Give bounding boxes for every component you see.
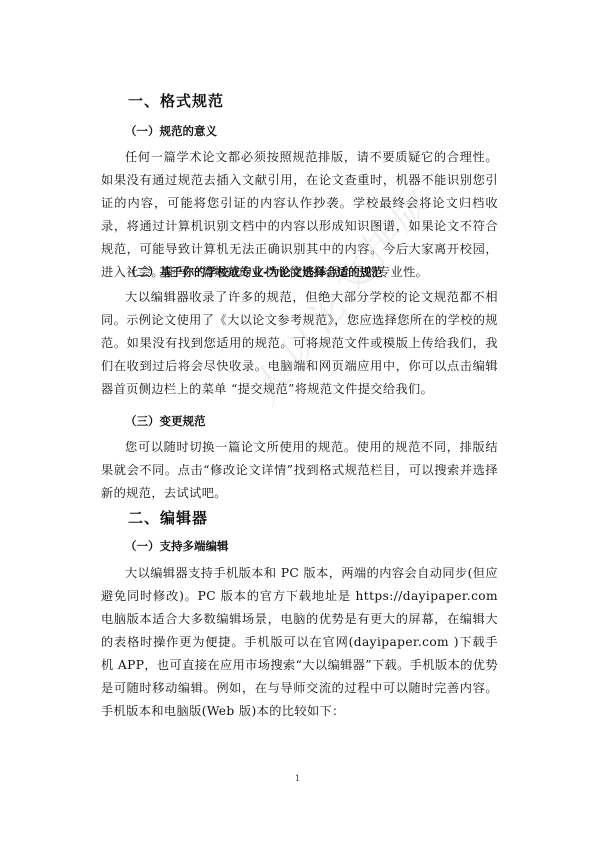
paragraph-multi-device: 大以编辑器支持手机版本和 PC 版本，两端的内容会自动同步(但应避免同时修改)。… — [101, 562, 498, 723]
document-page: 大以论文排版 一、格式规范 （一）规范的意义 任何一篇学术论文都必须按照规范排版… — [0, 0, 595, 842]
subsection-heading-change-spec: （三）变更规范 — [125, 413, 206, 429]
paragraph-change-spec: 您可以随时切换一篇论文所使用的规范。使用的规范不同，排版结果就会不同。点击“修改… — [101, 436, 498, 505]
page-number: 1 — [0, 774, 595, 783]
section-heading-editor: 二、编辑器 — [128, 507, 208, 528]
subsection-heading-multi-device: （一）支持多端编辑 — [125, 538, 229, 554]
subsection-heading-meaning: （一）规范的意义 — [125, 123, 217, 139]
paragraph-choose-spec: 大以编辑器收录了许多的规范，但绝大部分学校的论文规范都不相同。示例论文使用了《大… — [101, 286, 498, 401]
section-heading-format-spec: 一、格式规范 — [128, 90, 224, 111]
subsection-heading-choose-spec: （二）基于你的学校或专业-为论文选择合适的规范 — [125, 264, 383, 280]
